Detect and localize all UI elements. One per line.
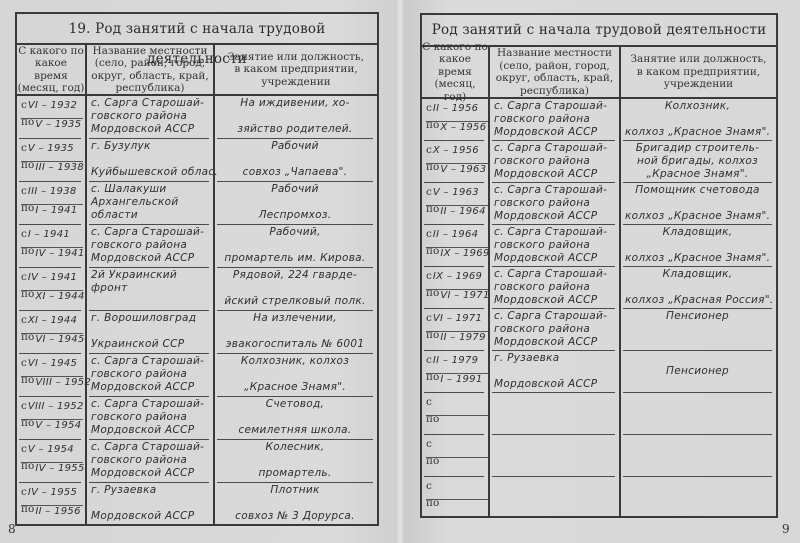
occupation-line: Рабочий [219, 140, 371, 153]
occupation-cell: Колхозник, колхоз„Красное Знамя". [217, 354, 373, 397]
table-header: С какого по какое время (месяц, год) Наз… [17, 45, 377, 96]
occupation-line [219, 239, 371, 252]
occupation-cell: На иждивении, хо-зяйство родителей. [217, 96, 373, 139]
occupation-line: Рабочий, [219, 226, 371, 239]
occupation-line: Кладовщик, [625, 226, 770, 239]
location-line: с. Сарга Старошай- [91, 97, 209, 110]
occupation-line: Колхозник, [625, 100, 770, 113]
occupation-line [219, 153, 371, 166]
period-to: поIV – 1941 [21, 247, 85, 259]
from-label: с [426, 396, 432, 408]
occupation-line [219, 497, 371, 510]
from-date: V – 1935 [28, 143, 74, 154]
location-line: с. Сарга Старошай- [494, 310, 615, 323]
to-label: по [21, 116, 34, 128]
location-line: Куйбышевской облас. [91, 166, 209, 179]
occupation-cell: Помощник счетоводаколхоз „Красное Знамя"… [623, 183, 772, 225]
period-to: поII – 1979 [426, 331, 486, 343]
to-date: VIII – 1952 [35, 377, 91, 388]
occupation-line [219, 282, 371, 295]
location-line: Мордовской АССР [91, 510, 209, 523]
table-row: сVI – 1971поII – 1979с. Сарга Старошай-г… [422, 309, 776, 351]
occupation-line: Колесник, [219, 441, 371, 454]
location-line: г. Рузаевка [91, 484, 209, 497]
period-cell: сX – 1956поV – 1963 [426, 141, 486, 183]
to-label: по [426, 329, 439, 341]
location-line [91, 295, 209, 308]
location-line: с. Шалакуши [91, 183, 209, 196]
period-to: поV – 1935 [21, 118, 81, 130]
occupation-cell: На излечении,эвакогоспиталь № 6001 [217, 311, 373, 354]
from-date: II – 1979 [433, 355, 478, 366]
to-label: по [21, 374, 34, 386]
location-cell: с. Сарга Старошай-говского районаМордовс… [89, 96, 211, 139]
from-label: с [426, 144, 432, 156]
location-line [494, 436, 615, 449]
location-line: говского района [494, 323, 615, 336]
from-label: с [426, 102, 432, 114]
location-line: Мордовской АССР [494, 378, 615, 391]
location-line: с. Сарга Старошай- [494, 184, 615, 197]
location-line: Мордовской АССР [494, 252, 615, 265]
period-to: по [426, 415, 440, 427]
to-date: X – 1956 [440, 122, 486, 133]
employment-table-left: 19. Род занятий с начала трудовой деятел… [15, 12, 379, 526]
occupation-cell [623, 477, 772, 519]
occupation-line: Плотник [219, 484, 371, 497]
location-line [91, 153, 209, 166]
table-row: сII – 1956поX – 1956с. Сарга Старошай-го… [422, 99, 776, 141]
period-cell: сVI – 1932поV – 1935 [21, 96, 83, 139]
occupation-line: ной бригады, колхоз [625, 155, 770, 168]
occupation-line [625, 420, 770, 433]
location-cell: с. Сарга Старошай-говского районаМордовс… [89, 440, 211, 483]
to-date: V – 1963 [440, 164, 486, 175]
table-row: спо [422, 435, 776, 477]
book-spine [396, 0, 404, 543]
location-line: Украинской ССР [91, 338, 209, 351]
location-cell: г. БузулукКуйбышевской облас. [89, 139, 211, 182]
table-row: спо [422, 393, 776, 435]
to-label: по [21, 503, 34, 515]
to-date: IV – 1941 [35, 248, 84, 259]
to-label: по [21, 288, 34, 300]
from-date: XI – 1944 [28, 315, 77, 326]
from-label: с [426, 270, 432, 282]
occupation-line [625, 113, 770, 126]
table-row: спо [422, 477, 776, 519]
location-line: Мордовской АССР [494, 126, 615, 139]
occupation-line [625, 394, 770, 407]
period-cell: сII – 1964поIX – 1969 [426, 225, 486, 267]
occupation-cell [623, 393, 772, 435]
occupation-line: Помощник счетовода [625, 184, 770, 197]
occupation-line [625, 504, 770, 517]
from-date: I – 1941 [28, 229, 70, 240]
period-to: поII – 1956 [21, 505, 81, 517]
location-line: Архангельской [91, 196, 209, 209]
from-label: с [21, 271, 27, 283]
to-label: по [426, 287, 439, 299]
location-line [494, 394, 615, 407]
period-to: поI – 1941 [21, 204, 77, 216]
header-period: С какого по какое время (месяц, год) [422, 47, 488, 97]
location-line: с. Сарга Старошай- [494, 268, 615, 281]
to-label: по [426, 119, 439, 131]
occupation-line [625, 352, 770, 365]
table-row: сVI – 1932поV – 1935с. Сарга Старошай-го… [17, 96, 377, 139]
occupation-cell: Рабочий,промартель им. Кирова. [217, 225, 373, 268]
table-title: 19. Род занятий с начала трудовой деятел… [17, 14, 377, 45]
occupation-line [625, 378, 770, 391]
period-cell: спо [426, 393, 486, 435]
period-to: поVI – 1945 [21, 333, 85, 345]
from-label: с [21, 486, 27, 498]
occupation-cell: Колесник,промартель. [217, 440, 373, 483]
period-cell: сVI – 1971поII – 1979 [426, 309, 486, 351]
location-line: говского района [91, 368, 209, 381]
location-line: с. Сарга Старошай- [91, 226, 209, 239]
table-row: сIV – 1941поXI – 19442й УкраинскийфронтР… [17, 268, 377, 311]
to-date: II – 1956 [35, 506, 80, 517]
occupation-line: Счетовод, [219, 398, 371, 411]
location-line: фронт [91, 282, 209, 295]
location-line: Мордовской АССР [91, 424, 209, 437]
period-cell: сXI – 1944поVI – 1945 [21, 311, 83, 354]
to-date: IX – 1969 [440, 248, 489, 259]
table-row: сV – 1963поII – 1964с. Сарга Старошай-го… [422, 183, 776, 225]
table-row: сII – 1979поI – 1991г. РузаевкаМордовско… [422, 351, 776, 393]
occupation-cell [623, 435, 772, 477]
occupation-cell: Рабочийсовхоз „Чапаева". [217, 139, 373, 182]
occupation-cell: Пенсионер [623, 351, 772, 393]
location-cell: с. Сарга Старошай-говского районаМордовс… [492, 267, 617, 309]
page-number: 9 [782, 522, 790, 536]
to-date: IV – 1955 [35, 463, 84, 474]
location-line [494, 504, 615, 517]
period-cell: сVI – 1945поVIII – 1952 [21, 354, 83, 397]
occupation-line [625, 407, 770, 420]
table-row: сIV – 1955поII – 1956г. РузаевкаМордовск… [17, 483, 377, 526]
occupation-line [625, 323, 770, 336]
period-to: поVI – 1971 [426, 289, 490, 301]
to-label: по [21, 417, 34, 429]
period-cell: сII – 1979поI – 1991 [426, 351, 486, 393]
to-label: по [426, 413, 439, 425]
occupation-line [625, 478, 770, 491]
location-cell: с. ШалакушиАрхангельскойобласти [89, 182, 211, 225]
from-label: с [21, 443, 27, 455]
occupation-line [625, 197, 770, 210]
from-label: с [21, 357, 27, 369]
location-line [494, 491, 615, 504]
occupation-line: „Красное Знамя". [219, 381, 371, 394]
occupation-cell: РабочийЛеспромхоз. [217, 182, 373, 225]
location-cell: с. Сарга Старошай-говского районаМордовс… [492, 99, 617, 141]
to-date: VI – 1945 [35, 334, 84, 345]
from-label: с [426, 354, 432, 366]
location-line [494, 365, 615, 378]
from-date: V – 1954 [28, 444, 74, 455]
occupation-line [219, 368, 371, 381]
table-row: сVIII – 1952поV – 1954с. Сарга Старошай-… [17, 397, 377, 440]
to-date: III – 1938 [35, 162, 84, 173]
occupation-line [219, 325, 371, 338]
table-row: сV – 1935поIII – 1938г. БузулукКуйбышевс… [17, 139, 377, 182]
occupation-cell: Кладовщик,колхоз „Красная Россия". [623, 267, 772, 309]
from-label: с [21, 314, 27, 326]
location-cell: с. Сарга Старошай-говского районаМордовс… [89, 397, 211, 440]
from-label: с [21, 228, 27, 240]
occupation-line: На иждивении, хо- [219, 97, 371, 110]
occupation-cell: Плотниксовхоз № 3 Дорурса. [217, 483, 373, 526]
from-label: с [426, 480, 432, 492]
period-cell: сIV – 1941поXI – 1944 [21, 268, 83, 311]
location-line [494, 462, 615, 475]
period-to: по [426, 457, 440, 469]
location-line: говского района [91, 239, 209, 252]
occupation-line: колхоз „Красная Россия". [625, 294, 770, 307]
occupation-line: Леспромхоз. [219, 209, 371, 222]
to-label: по [426, 161, 439, 173]
occupation-line: семилетняя школа. [219, 424, 371, 437]
table-row: сVI – 1945поVIII – 1952с. Сарга Старошай… [17, 354, 377, 397]
location-line: г. Бузулук [91, 140, 209, 153]
period-to: поI – 1991 [426, 373, 482, 385]
location-line: говского района [494, 239, 615, 252]
location-line: Мордовской АССР [91, 123, 209, 136]
location-line: говского района [494, 197, 615, 210]
to-label: по [426, 203, 439, 215]
occupation-line: Рабочий [219, 183, 371, 196]
from-date: IX – 1969 [433, 271, 482, 282]
occupation-line: Пенсионер [625, 365, 770, 378]
from-date: VI – 1945 [28, 358, 77, 369]
location-line: Мордовской АССР [91, 467, 209, 480]
occupation-line: колхоз „Красное Знамя". [625, 252, 770, 265]
occupation-line: колхоз „Красное Знамя". [625, 126, 770, 139]
occupation-line: Рядовой, 224 гварде- [219, 269, 371, 282]
to-label: по [21, 202, 34, 214]
location-line [91, 497, 209, 510]
occupation-line [219, 454, 371, 467]
period-to: поVIII – 1952 [21, 376, 91, 388]
header-occupation: Занятие или должность, в каком предприят… [215, 45, 377, 94]
from-date: II – 1964 [433, 229, 478, 240]
occupation-cell: Счетовод,семилетняя школа. [217, 397, 373, 440]
from-date: VI – 1932 [28, 100, 77, 111]
occupation-cell: Бригадир строитель-ной бригады, колхоз„К… [623, 141, 772, 183]
to-date: V – 1935 [35, 119, 81, 130]
period-cell: сIV – 1955поII – 1956 [21, 483, 83, 526]
location-cell [492, 435, 617, 477]
occupation-line: промартель им. Кирова. [219, 252, 371, 265]
from-label: с [21, 400, 27, 412]
period-cell: сIX – 1969поVI – 1971 [426, 267, 486, 309]
location-line [91, 325, 209, 338]
period-cell: сV – 1954поIV – 1955 [21, 440, 83, 483]
location-line: с. Сарга Старошай- [91, 441, 209, 454]
occupation-line [625, 336, 770, 349]
location-cell [492, 393, 617, 435]
to-date: XI – 1944 [35, 291, 84, 302]
period-to: поV – 1963 [426, 163, 486, 175]
to-date: I – 1991 [440, 374, 482, 385]
location-cell: с. Сарга Старошай-говского районаМордовс… [89, 225, 211, 268]
location-line: Мордовской АССР [91, 381, 209, 394]
occupation-line [625, 491, 770, 504]
to-date: II – 1964 [440, 206, 485, 217]
to-date: VI – 1971 [440, 290, 489, 301]
from-label: с [426, 438, 432, 450]
location-line: Мордовской АССР [494, 210, 615, 223]
location-cell: с. Сарга Старошай-говского районаМордовс… [492, 141, 617, 183]
location-line [494, 478, 615, 491]
occupation-line: Колхозник, колхоз [219, 355, 371, 368]
table-row: сII – 1964поIX – 1969с. Сарга Старошай-г… [422, 225, 776, 267]
to-label: по [426, 497, 439, 509]
header-location: Название местности (село, район, город, … [87, 45, 213, 94]
location-line: 2й Украинский [91, 269, 209, 282]
from-date: VI – 1971 [433, 313, 482, 324]
occupation-line [625, 281, 770, 294]
location-line: говского района [91, 454, 209, 467]
occupation-line: эвакогоспиталь № 6001 [219, 338, 371, 351]
location-line: говского района [91, 411, 209, 424]
from-date: X – 1956 [433, 145, 479, 156]
occupation-line [625, 239, 770, 252]
location-line: говского района [91, 110, 209, 123]
header-occupation: Занятие или должность, в каком предприят… [621, 47, 776, 97]
to-date: II – 1979 [440, 332, 485, 343]
occupation-line: „Красное Знамя". [625, 168, 770, 181]
occupation-line [219, 411, 371, 424]
period-cell: сIII – 1938поI – 1941 [21, 182, 83, 225]
period-cell: сVIII – 1952поV – 1954 [21, 397, 83, 440]
location-cell: с. Сарга Старошай-говского районаМордовс… [492, 309, 617, 351]
period-cell: сV – 1935поIII – 1938 [21, 139, 83, 182]
period-to: поIV – 1955 [21, 462, 85, 474]
from-label: с [426, 228, 432, 240]
to-label: по [21, 331, 34, 343]
period-cell: сV – 1963поII – 1964 [426, 183, 486, 225]
to-date: I – 1941 [35, 205, 77, 216]
location-line [494, 420, 615, 433]
from-date: II – 1956 [433, 103, 478, 114]
occupation-line: колхоз „Красное Знамя". [625, 210, 770, 223]
from-date: VIII – 1952 [28, 401, 84, 412]
location-line: Мордовской АССР [494, 168, 615, 181]
from-label: с [21, 142, 27, 154]
location-cell: г. ВорошиловградУкраинской ССР [89, 311, 211, 354]
location-line [494, 449, 615, 462]
occupation-line [625, 449, 770, 462]
period-to: поXI – 1944 [21, 290, 85, 302]
period-to: поII – 1964 [426, 205, 486, 217]
occupation-line: зяйство родителей. [219, 123, 371, 136]
occupation-line [625, 436, 770, 449]
to-label: по [426, 371, 439, 383]
occupation-cell: Колхозник,колхоз „Красное Знамя". [623, 99, 772, 141]
location-line: говского района [494, 281, 615, 294]
page-number: 8 [8, 522, 16, 536]
occupation-cell: Кладовщик,колхоз „Красное Знамя". [623, 225, 772, 267]
occupation-line: Кладовщик, [625, 268, 770, 281]
occupation-line: йский стрелковый полк. [219, 295, 371, 308]
from-label: с [426, 186, 432, 198]
occupation-line: Пенсионер [625, 310, 770, 323]
location-line: с. Сарга Старошай- [494, 100, 615, 113]
period-to: поIX – 1969 [426, 247, 490, 259]
period-to: поV – 1954 [21, 419, 81, 431]
from-date: IV – 1941 [28, 272, 77, 283]
occupation-line: Бригадир строитель- [625, 142, 770, 155]
occupation-line: совхоз „Чапаева". [219, 166, 371, 179]
location-cell [492, 477, 617, 519]
location-line: Мордовской АССР [494, 336, 615, 349]
location-line [494, 407, 615, 420]
location-line: с. Сарга Старошай- [91, 355, 209, 368]
location-line: Мордовской АССР [91, 252, 209, 265]
occupation-cell: Рядовой, 224 гварде-йский стрелковый пол… [217, 268, 373, 311]
table-header: С какого по какое время (месяц, год) Наз… [422, 47, 776, 99]
from-label: с [426, 312, 432, 324]
location-line: г. Ворошиловград [91, 312, 209, 325]
period-cell: сII – 1956поX – 1956 [426, 99, 486, 141]
to-label: по [21, 245, 34, 257]
period-cell: сI – 1941поIV – 1941 [21, 225, 83, 268]
table-row: сX – 1956поV – 1963с. Сарга Старошай-гов… [422, 141, 776, 183]
table-row: сIX – 1969поVI – 1971с. Сарга Старошай-г… [422, 267, 776, 309]
from-date: IV – 1955 [28, 487, 77, 498]
header-period: С какого по какое время (месяц, год) [17, 45, 85, 94]
location-line: г. Рузаевка [494, 352, 615, 365]
to-date: V – 1954 [35, 420, 81, 431]
table-row: сXI – 1944поVI – 1945г. ВорошиловградУкр… [17, 311, 377, 354]
period-to: поIII – 1938 [21, 161, 84, 173]
occupation-line [625, 462, 770, 475]
period-cell: спо [426, 435, 486, 477]
to-label: по [426, 455, 439, 467]
from-label: с [21, 185, 27, 197]
occupation-cell: Пенсионер [623, 309, 772, 351]
location-line: области [91, 209, 209, 222]
location-cell: с. Сарга Старошай-говского районаМордовс… [492, 183, 617, 225]
from-label: с [21, 99, 27, 111]
location-cell: г. РузаевкаМордовской АССР [492, 351, 617, 393]
location-cell: с. Сарга Старошай-говского районаМордовс… [492, 225, 617, 267]
occupation-line [219, 196, 371, 209]
location-line: Мордовской АССР [494, 294, 615, 307]
location-line: с. Сарга Старошай- [494, 226, 615, 239]
table-row: сI – 1941поIV – 1941с. Сарга Старошай-го… [17, 225, 377, 268]
period-to: по [426, 499, 440, 511]
occupation-line: На излечении, [219, 312, 371, 325]
location-line: с. Сарга Старошай- [494, 142, 615, 155]
table-row: сV – 1954поIV – 1955с. Сарга Старошай-го… [17, 440, 377, 483]
employment-table-right: Род занятий с начала трудовой деятельнос… [420, 13, 778, 518]
table-row: сIII – 1938поI – 1941с. ШалакушиАрхангел… [17, 182, 377, 225]
occupation-line [219, 110, 371, 123]
occupation-line: промартель. [219, 467, 371, 480]
from-date: V – 1963 [433, 187, 479, 198]
to-label: по [21, 460, 34, 472]
location-line: говского района [494, 155, 615, 168]
location-line: с. Сарга Старошай- [91, 398, 209, 411]
period-cell: спо [426, 477, 486, 519]
from-date: III – 1938 [28, 186, 77, 197]
location-cell: с. Сарга Старошай-говского районаМордовс… [89, 354, 211, 397]
